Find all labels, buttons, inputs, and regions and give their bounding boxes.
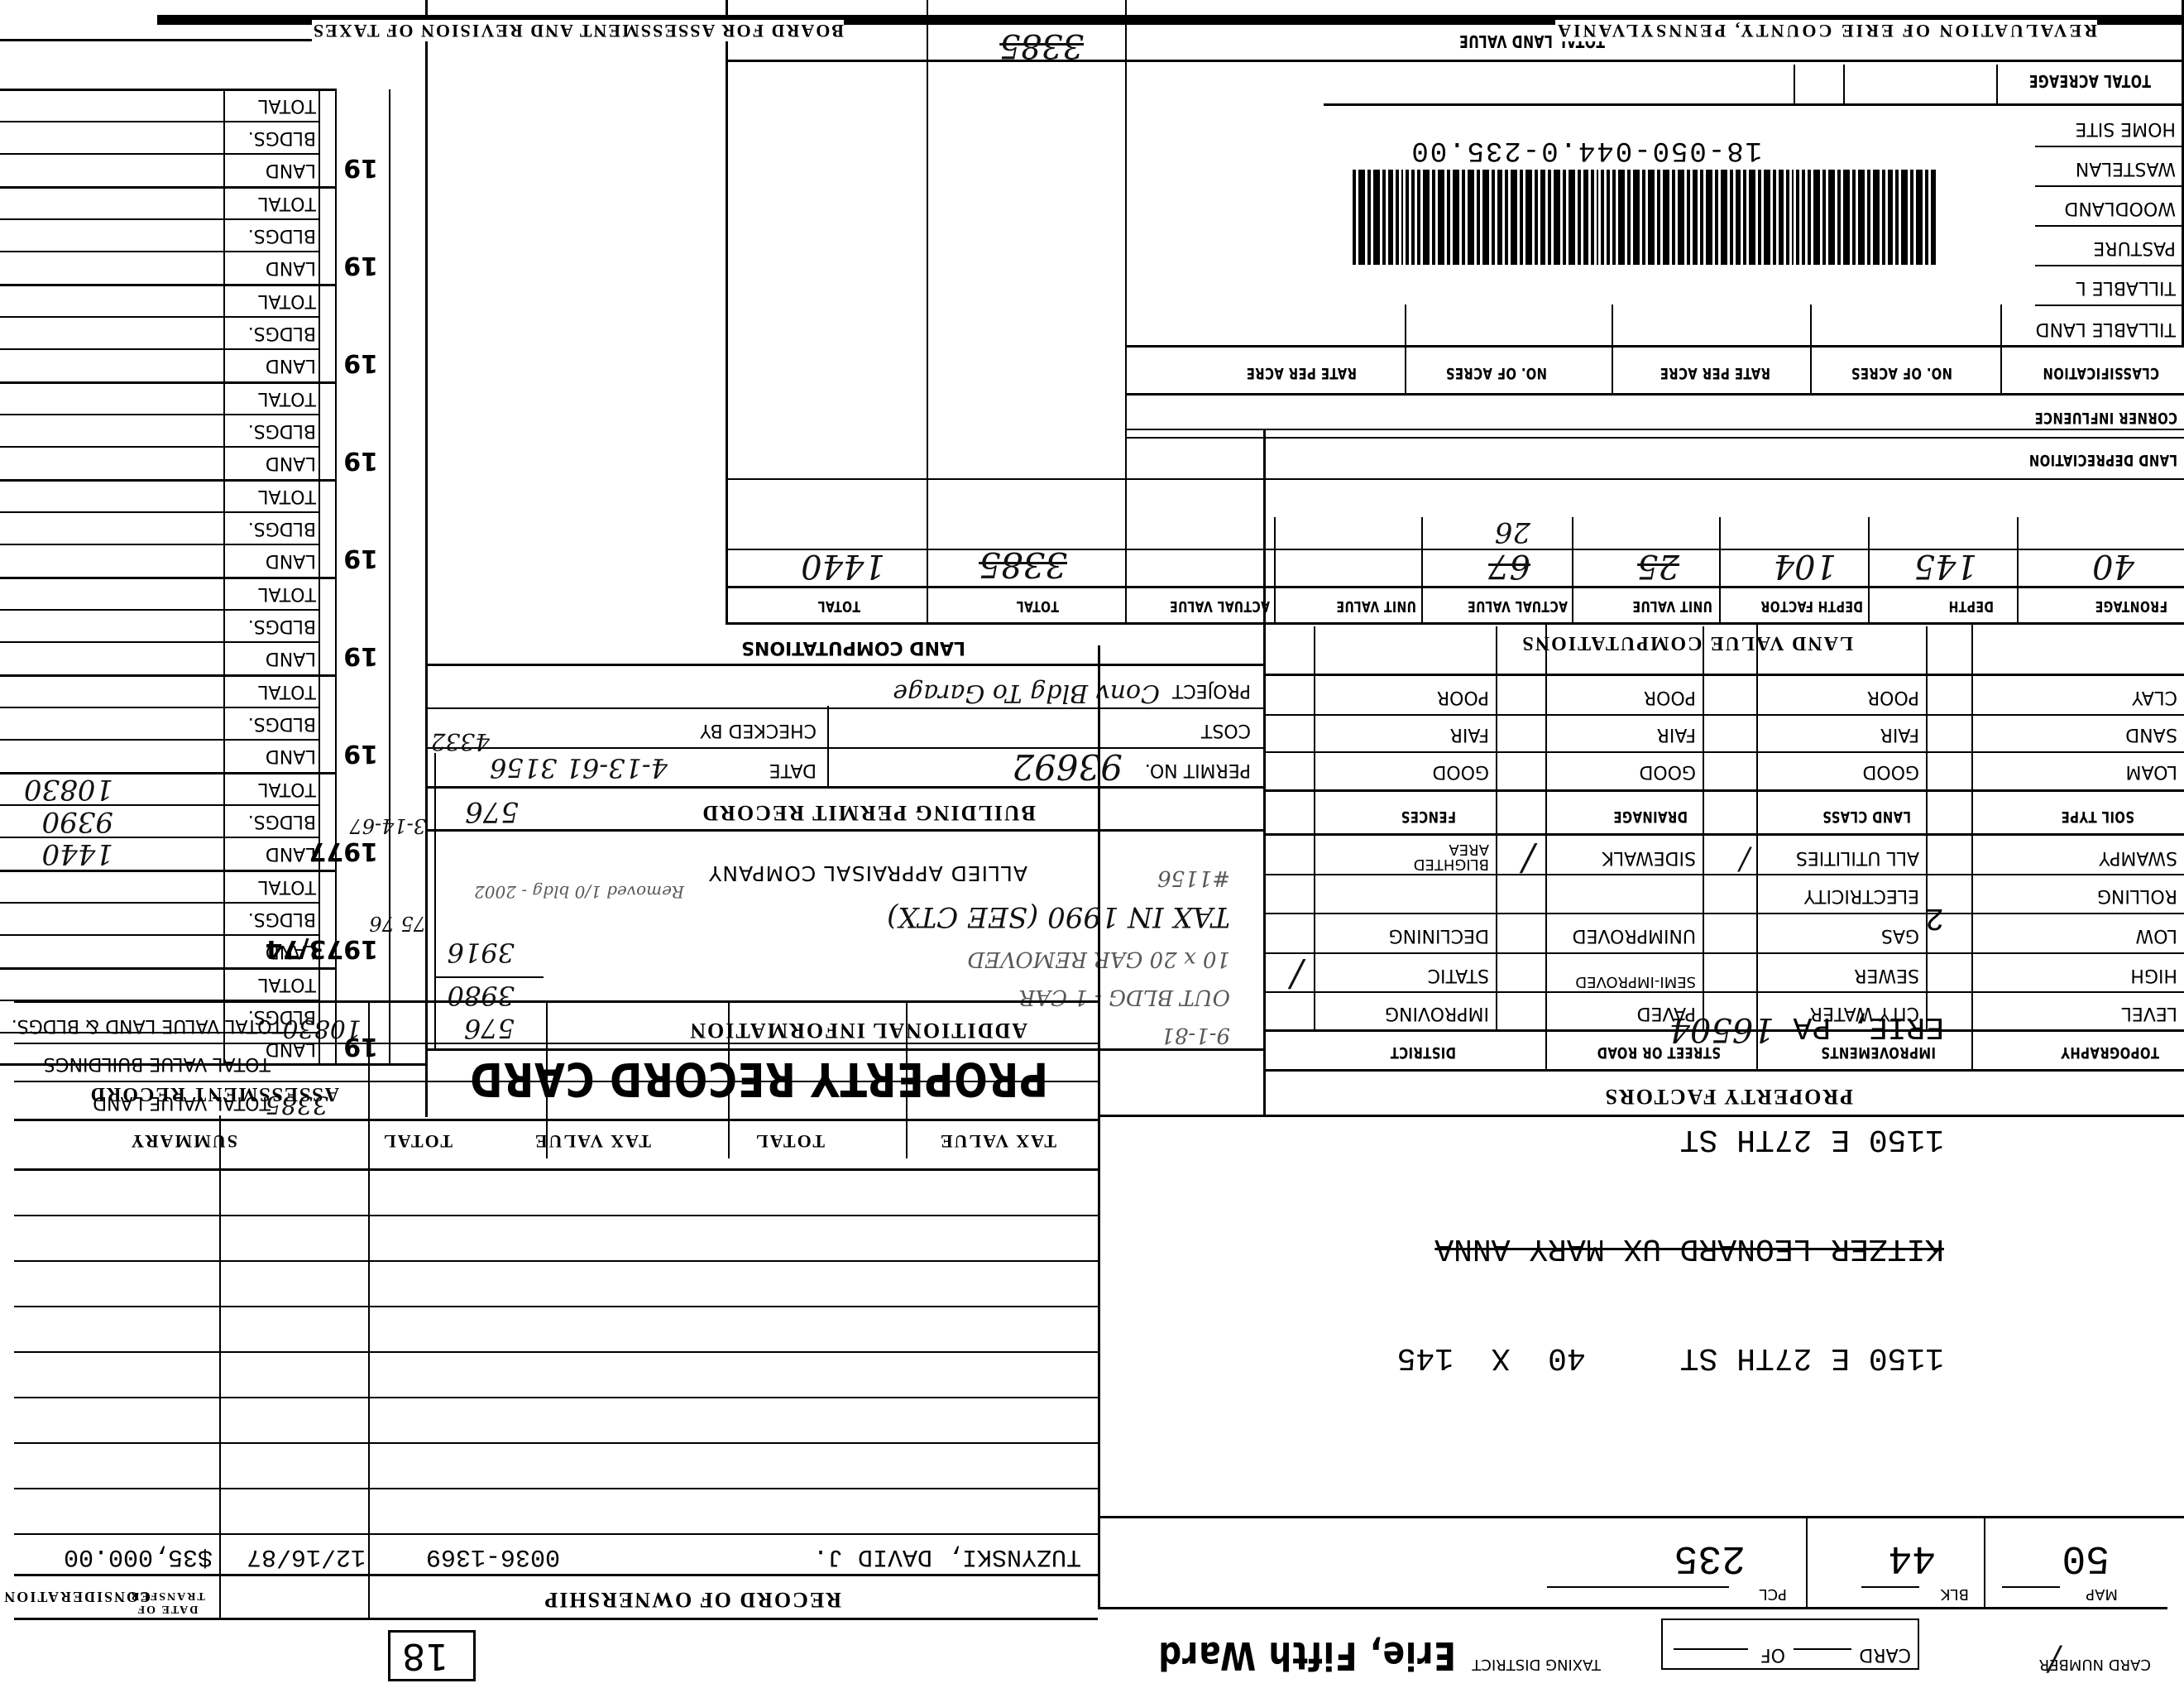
- barcode-bar: [1895, 170, 1899, 265]
- assessment-title: ASSESSMENT RECORD: [89, 1082, 339, 1105]
- pf-land-good: GOOD: [1862, 761, 1919, 782]
- barcode-bar: [1764, 170, 1770, 265]
- barcode-bar: [1858, 170, 1865, 265]
- ownership-section: RECORD OF OWNERSHIP DATE OF TRANSFER CON…: [0, 1125, 1098, 1622]
- pf-all-utilities: ALL UTILITIES: [1796, 847, 1919, 868]
- checked-by-label: CHECKED BY: [700, 720, 817, 741]
- header-left-title: REVALUATION OF ERIE COUNTY, PENNSYLVANIA: [1555, 20, 2097, 41]
- barcode-bar: [1786, 170, 1789, 265]
- property-factors-grid: TOPOGRAPHY IMPROVEMENTS STREET OR ROAD D…: [1266, 625, 2184, 1072]
- barcode-bar: [1852, 170, 1856, 265]
- pf-unimproved: UNIMPROVED: [1573, 925, 1696, 946]
- barcode-bar: [1749, 170, 1755, 265]
- assessment-row-label: TOTAL: [258, 290, 316, 311]
- side-value-3916: 3916: [448, 937, 515, 968]
- assessment-row-label: TOTAL: [258, 779, 316, 799]
- lv-col-frontage: FRONTAGE: [2095, 597, 2167, 615]
- barcode-bar: [1822, 170, 1826, 265]
- assessment-row-label: LAND: [266, 941, 316, 961]
- side-value-3980: 3980: [448, 980, 515, 1011]
- pf-swampy: SWAMPY: [2099, 847, 2177, 868]
- barcode-bar: [1736, 170, 1741, 265]
- assessment-block: 19LANDBLDGS.TOTAL: [0, 480, 428, 578]
- pf-drain-fair: FAIR: [1657, 724, 1696, 745]
- land-depreciation-label: LAND DEPRECIATION: [2028, 451, 2177, 469]
- barcode-bar: [1612, 170, 1616, 265]
- barcode-bar: [1520, 170, 1523, 265]
- total-land-value[interactable]: 3385: [999, 26, 1084, 65]
- pf-col-improvements: IMPROVEMENTS: [1821, 1043, 1936, 1062]
- assessment-row-label: BLDGS.: [248, 323, 316, 343]
- barcode-bar: [1563, 170, 1566, 265]
- lv-depth-factor[interactable]: 104: [1774, 547, 1837, 585]
- additional-info-title: ADDITIONAL INFORMATION: [688, 1018, 1027, 1043]
- barcode-bar: [1447, 170, 1450, 265]
- of-label: OF: [1760, 1644, 1785, 1665]
- permit-no-value[interactable]: 93692: [1012, 746, 1123, 787]
- appraisal-company: ALLIED APPRAISAL COMPANY: [708, 861, 1027, 885]
- barcode-bar: [1642, 170, 1645, 265]
- lv-col-actual-value-1: ACTUAL VALUE: [1468, 597, 1568, 615]
- project-label: PROJECT: [1172, 680, 1251, 701]
- barcode-bar: [1925, 170, 1928, 265]
- barcode-bar: [1721, 170, 1727, 265]
- note-out-bldg: OUT BLDG - 1 CAR: [1019, 985, 1230, 1009]
- barcode-bar: [1525, 170, 1532, 265]
- lv-col-depth: DEPTH: [1948, 597, 1994, 615]
- building-permit-title: BUILDING PERMIT RECORD: [701, 800, 1036, 825]
- barcode-bar: [1648, 170, 1655, 265]
- permit-date-label: DATE: [769, 760, 817, 780]
- pf-sand: SAND: [2125, 724, 2177, 745]
- assessment-row-label: TOTAL: [258, 95, 316, 116]
- permit-date-value[interactable]: 4-13-61 3156: [490, 752, 668, 784]
- barcode-bar: [1358, 170, 1365, 265]
- lv-total-1[interactable]: 3385: [979, 544, 1067, 585]
- assessment-row-label: BLDGS.: [248, 713, 316, 734]
- barcode-bar: [1743, 170, 1746, 265]
- assessment-year: 19: [343, 446, 378, 475]
- acre-row-tillable-l: TILLABLE L: [2076, 277, 2177, 298]
- lv-actual-value[interactable]: 67: [1488, 547, 1530, 585]
- assessment-row-label: TOTAL: [258, 876, 316, 897]
- note-garage: 10 x 20 GAR REMOVED: [967, 947, 1230, 971]
- assessment-block: 19LANDBLDGS.TOTAL: [0, 382, 428, 480]
- pf-fence-good: GOOD: [1432, 761, 1489, 782]
- lv-actual-value-2[interactable]: 26: [1495, 516, 1530, 549]
- page-title: PROPERTY RECORD CARD: [469, 1052, 1048, 1105]
- barcode-bar: [1627, 170, 1631, 265]
- assessment-total-value[interactable]: 10830: [24, 773, 113, 806]
- lv-col-actual-value-2: ACTUAL VALUE: [1170, 597, 1270, 615]
- barcode-bar: [1492, 170, 1495, 265]
- pf-land-fair: FAIR: [1880, 724, 1919, 745]
- barcode-bar: [1730, 170, 1733, 265]
- barcode-bar: [1678, 170, 1684, 265]
- acre-row-pasture: PASTURE: [2093, 237, 2176, 258]
- barcode-bar: [1773, 170, 1776, 265]
- pf-city-water: CITY WATER: [1810, 1003, 1919, 1024]
- consideration-label: CONSIDERATION: [2, 1588, 151, 1605]
- pf-paved: PAVED: [1637, 1003, 1696, 1024]
- barcode-bar: [1505, 170, 1508, 265]
- barcode-bar: [1569, 170, 1575, 265]
- assessment-row-label: LAND: [266, 648, 316, 669]
- barcode: [1282, 170, 1936, 265]
- card-of-box[interactable]: CARD OF: [1661, 1618, 1919, 1670]
- acre-col-2: RATE PER ACRE: [1660, 364, 1770, 382]
- assessment-year: 19: [343, 1032, 378, 1061]
- pf-declining: DECLINING: [1389, 925, 1489, 946]
- barcode-bar: [1792, 170, 1794, 265]
- taxing-district-value: Erie, Fifth Ward: [1157, 1633, 1456, 1678]
- pf-col-land-class: LAND CLASS: [1822, 808, 1911, 826]
- barcode-bar: [1423, 170, 1430, 265]
- barcode-bar: [1700, 170, 1703, 265]
- summary-col-summary: SUMMARY: [129, 1130, 237, 1152]
- pf-sewer: SEWER: [1854, 965, 1919, 985]
- assessment-row-label: LAND: [266, 160, 316, 180]
- summary-col-total-1: TOTAL: [382, 1130, 453, 1152]
- pf-electricity: ELECTRICITY: [1804, 885, 1919, 906]
- assessment-block: 1973/7475 76LANDBLDGS.TOTAL: [0, 870, 428, 968]
- owner-name-1: TUZYNSKI, DAVID J.: [813, 1542, 1081, 1571]
- assessment-block: 19LANDBLDGS.TOTAL: [0, 285, 428, 382]
- barcode-bar: [1873, 170, 1880, 265]
- pf-col-soil-type: SOIL TYPE: [2061, 808, 2134, 826]
- barcode-bar: [1353, 170, 1356, 265]
- land-value-title: LAND VALUE COMPUTATIONS: [1521, 631, 1853, 654]
- pf-col-street: STREET OR ROAD: [1597, 1043, 1721, 1062]
- assessment-row-label: LAND: [266, 843, 316, 864]
- building-permit-side-value: 576: [465, 795, 519, 828]
- assessment-row-label: LAND: [266, 1038, 316, 1059]
- pf-low: LOW: [2135, 925, 2177, 946]
- header-right-title: BOARD FOR ASSESSMENT AND REVISION OF TAX…: [312, 20, 844, 41]
- assessment-block: 19LANDBLDGS.TOTAL: [0, 578, 428, 675]
- barcode-bar: [1618, 170, 1625, 265]
- barcode-bar: [1597, 170, 1598, 265]
- assessment-row-label: TOTAL: [258, 583, 316, 604]
- barcode-bar: [1882, 170, 1885, 265]
- barcode-bar: [1548, 170, 1551, 265]
- assessment-year: 19: [343, 739, 378, 768]
- assessment-row-label: BLDGS.: [248, 909, 316, 929]
- pf-drain-poor: POOR: [1644, 687, 1696, 707]
- barcode-bar: [1779, 170, 1784, 265]
- barcode-bar: [1843, 170, 1850, 265]
- assessment-year: 19: [343, 641, 378, 670]
- pf-static: STATIC: [1428, 965, 1489, 985]
- pf-all-utilities-check[interactable]: /: [1740, 842, 1750, 876]
- deed-ref-1: 0036-1369: [426, 1542, 560, 1571]
- pf-loam: LOAM: [2126, 761, 2177, 782]
- assessment-row-label: LAND: [266, 257, 316, 278]
- barcode-bar: [1438, 170, 1444, 265]
- assessment-grid: 19LANDBLDGS.TOTAL1973/7475 76LANDBLDGS.T…: [0, 48, 428, 1066]
- pf-level: LEVEL: [2122, 1003, 2177, 1024]
- ownership-title: RECORD OF OWNERSHIP: [543, 1587, 841, 1612]
- card-number-label: CARD NUMBER: [2076, 1655, 2151, 1673]
- barcode-bar: [1706, 170, 1712, 265]
- pf-land-poor: POOR: [1867, 687, 1919, 707]
- barcode-bar: [1633, 170, 1640, 265]
- address-line-3: 1150 E 27TH ST: [1397, 1120, 1944, 1157]
- permit-no-label: PERMIT NO.: [1145, 760, 1251, 780]
- barcode-bar: [1583, 170, 1588, 265]
- barcode-bar: [1796, 170, 1799, 265]
- consideration-1: $35,000.00: [64, 1542, 213, 1571]
- barcode-bar: [1554, 170, 1560, 265]
- acre-row-wasteland: WASTELAN: [2076, 158, 2176, 179]
- lv-total-2[interactable]: 1440: [801, 547, 885, 585]
- acre-row-home-site: HOME SITE: [2075, 118, 2176, 139]
- total-acreage-label: TOTAL ACREAGE: [2028, 71, 2151, 91]
- assessment-year: 19: [343, 348, 378, 377]
- assessment-row-label: TOTAL: [258, 388, 316, 409]
- lv-depth[interactable]: 145: [1914, 547, 1977, 585]
- assessment-row-label: BLDGS.: [248, 1006, 316, 1027]
- barcode-bar: [1715, 170, 1718, 265]
- pf-col-district: DISTRICT: [1390, 1043, 1456, 1062]
- barcode-bar: [1591, 170, 1594, 265]
- barcode-bar: [1396, 170, 1399, 265]
- assessment-row-label: BLDGS.: [248, 616, 316, 636]
- acre-row-woodland: WOODLAND: [2064, 198, 2176, 218]
- pf-col-drainage: DRAINAGE: [1613, 808, 1688, 826]
- pf-fence-poor: POOR: [1437, 687, 1489, 707]
- barcode-bar: [1916, 170, 1923, 265]
- acre-row-tillable-land: TILLABLE LAND: [2036, 319, 2176, 339]
- barcode-bar: [1482, 170, 1489, 265]
- cost-label: COST: [1201, 720, 1251, 741]
- district-code: 18: [402, 1635, 448, 1677]
- assessment-row-label: BLDGS.: [248, 811, 316, 832]
- lv-col-unit-value-1: UNIT VALUE: [1632, 597, 1712, 615]
- barcode-bar: [1867, 170, 1870, 265]
- note-number: #1156: [1157, 866, 1230, 890]
- assessment-row-label: BLDGS.: [248, 518, 316, 539]
- assessment-year: 19: [343, 251, 378, 280]
- barcode-bar: [1453, 170, 1459, 265]
- assessment-row-label: LAND: [266, 550, 316, 571]
- barcode-bar: [1657, 170, 1660, 265]
- barcode-bar: [1477, 170, 1480, 265]
- assessment-block: 19LANDBLDGS.TOTAL: [0, 187, 428, 285]
- taxing-district-label: TAXING DISTRICT: [1493, 1655, 1601, 1673]
- card-number-value[interactable]: /: [2049, 1640, 2060, 1678]
- classification-label: CLASSIFICATION: [2043, 364, 2159, 382]
- assessment-row-label: BLDGS.: [248, 225, 316, 246]
- pf-gas: GAS: [1881, 925, 1919, 946]
- project-value[interactable]: Conv Bldg To Garage: [893, 679, 1160, 707]
- summary-col-tax-value-1: TAX VALUE: [534, 1130, 651, 1152]
- pf-high: HIGH: [2130, 965, 2177, 985]
- land-computations-label: LAND COMPUTATIONS: [741, 637, 965, 658]
- building-permit-section: BUILDING PERMIT RECORD 576 PERMIT NO. 93…: [428, 625, 1263, 832]
- barcode-bar: [1540, 170, 1545, 265]
- map-value[interactable]: 50: [2062, 1535, 2110, 1580]
- barcode-bar: [1432, 170, 1435, 265]
- note-removed: Removed 1/0 bldg - 2002: [474, 882, 684, 902]
- pf-drain-good: GOOD: [1639, 761, 1696, 782]
- assessment-row-label: TOTAL: [258, 681, 316, 702]
- pf-blighted-area: BLIGHTED AREA: [1373, 842, 1489, 871]
- district-code-box: 18: [388, 1630, 476, 1681]
- barcode-bar: [1808, 170, 1811, 265]
- property-factors-title: PROPERTY FACTORS: [1604, 1084, 1853, 1109]
- map-label: MAP: [2086, 1585, 2118, 1603]
- barcode-bar: [1535, 170, 1538, 265]
- lv-col-total-1: TOTAL: [1016, 597, 1059, 615]
- barcode-bar: [1462, 170, 1465, 265]
- barcode-bar: [1373, 170, 1380, 265]
- assessment-row-label: TOTAL: [258, 486, 316, 506]
- assessment-block: 19LANDBLDGS.TOTAL: [0, 675, 428, 773]
- assessment-row-label: BLDGS.: [248, 127, 316, 148]
- assessment-block: 19LANDBLDGS.TOTAL: [0, 89, 428, 187]
- corner-influence-label: CORNER INFLUENCE: [2034, 409, 2177, 427]
- barcode-text: 18-050-044.0-235.00: [1410, 134, 1762, 165]
- pf-rolling: ROLLING: [2097, 885, 2177, 906]
- blk-value[interactable]: 44: [1888, 1535, 1936, 1580]
- note-tax: TAX IN 1990 (SEE CTX): [887, 900, 1230, 933]
- property-record-card: CARD NUMBER / CARD OF TAXING DISTRICT Er…: [0, 0, 2184, 1688]
- pf-static-check[interactable]: /: [1291, 953, 1303, 995]
- lv-col-total-2: TOTAL: [817, 597, 860, 615]
- acre-col-3: NO. OF ACRES: [1445, 364, 1547, 382]
- assessment-row-label: BLDGS.: [248, 420, 316, 441]
- address-line-2-struck: KITZER LEONARD UX MARY ANNA: [1397, 1230, 1944, 1266]
- barcode-bar: [1601, 170, 1604, 265]
- assessment-year: 1977: [309, 837, 379, 866]
- assessment-bldgs-value[interactable]: 9390: [41, 805, 113, 838]
- assessment-year: 19: [343, 544, 378, 573]
- barcode-bar: [1931, 170, 1936, 265]
- pf-col-fences: FENCES: [1401, 808, 1456, 826]
- barcode-bar: [1828, 170, 1835, 265]
- barcode-bar: [1910, 170, 1913, 265]
- pf-col-topography: TOPOGRAPHY: [2061, 1043, 2159, 1062]
- barcode-bar: [1367, 170, 1371, 265]
- card-label: CARD: [1859, 1644, 1911, 1665]
- assessment-note: 3-14-67: [349, 814, 426, 837]
- barcode-bar: [1672, 170, 1675, 265]
- pf-sidewalk-check[interactable]: /: [1522, 837, 1535, 880]
- barcode-bar: [1888, 170, 1893, 265]
- barcode-bar: [1511, 170, 1517, 265]
- barcode-bar: [1388, 170, 1393, 265]
- barcode-bar: [1406, 170, 1409, 265]
- barcode-bar: [1837, 170, 1841, 265]
- barcode-bar: [1578, 170, 1581, 265]
- side-value-576: 576: [464, 1013, 515, 1044]
- transfer-date-1: 12/16/87: [247, 1542, 366, 1571]
- barcode-bar: [1663, 170, 1669, 265]
- assessment-note: 75 76: [369, 912, 426, 935]
- lv-col-depth-factor: DEPTH FACTOR: [1760, 597, 1863, 615]
- assessment-row-label: TOTAL: [258, 974, 316, 995]
- barcode-bar: [1417, 170, 1420, 265]
- barcode-bar: [1687, 170, 1690, 265]
- assessment-row-label: LAND: [266, 355, 316, 376]
- parcel-id-row: MAP 50 BLK 44 PCL 235: [1100, 1518, 2184, 1609]
- barcode-bar: [1758, 170, 1761, 265]
- barcode-bar: [1468, 170, 1474, 265]
- assessment-year: 19: [343, 153, 378, 182]
- barcode-bar: [1607, 170, 1610, 265]
- assessment-block: 19LANDBLDGS.TOTAL: [0, 968, 428, 1066]
- address-line-1: 1150 E 27TH ST 40 X 145: [1397, 1339, 1944, 1375]
- barcode-bar: [1802, 170, 1805, 265]
- assessment-row-label: LAND: [266, 746, 316, 766]
- pf-sidewalk: SIDEWALK: [1602, 847, 1696, 868]
- pf-fence-fair: FAIR: [1450, 724, 1489, 745]
- summary-col-total-2: TOTAL: [754, 1130, 825, 1152]
- lv-frontage[interactable]: 40: [2092, 547, 2134, 585]
- barcode-bar: [1382, 170, 1386, 265]
- assessment-row-label: LAND: [266, 453, 316, 473]
- barcode-bar: [1411, 170, 1415, 265]
- assessment-land-value[interactable]: 1440: [41, 837, 113, 870]
- assessment-block: 19773-14-67LAND1440BLDGS.9390TOTAL10830: [0, 773, 428, 870]
- checked-by-value[interactable]: 4332: [431, 728, 490, 755]
- barcode-bar: [1401, 170, 1403, 265]
- pf-improving: IMPROVING: [1385, 1003, 1489, 1024]
- note-date: 9-1-81: [1161, 1023, 1230, 1048]
- pcl-label: PCL: [1760, 1585, 1787, 1603]
- card-title-area: PROPERTY RECORD CARD: [428, 1043, 1263, 1117]
- assessment-row-label: TOTAL: [258, 193, 316, 213]
- barcode-bar: [1813, 170, 1820, 265]
- pf-semi-improved: SEMI-IMPROVED: [1564, 974, 1696, 989]
- acre-col-4: RATE PER ACRE: [1246, 364, 1357, 382]
- pf-clay: CLAY: [2132, 687, 2177, 707]
- land-value-table: FRONTAGE DEPTH DEPTH FACTOR UNIT VALUE A…: [728, 517, 2184, 625]
- blk-label: BLK: [1941, 1585, 1969, 1603]
- barcode-bar: [1693, 170, 1698, 265]
- barcode-bar: [1901, 170, 1908, 265]
- acre-col-1: NO. OF ACRES: [1851, 364, 1952, 382]
- pcl-value[interactable]: 235: [1674, 1535, 1746, 1580]
- lv-col-unit-value-2: UNIT VALUE: [1336, 597, 1416, 615]
- summary-col-tax-value-2: TAX VALUE: [939, 1130, 1056, 1152]
- lv-unit-value[interactable]: 25: [1637, 547, 1679, 585]
- barcode-bar: [1497, 170, 1502, 265]
